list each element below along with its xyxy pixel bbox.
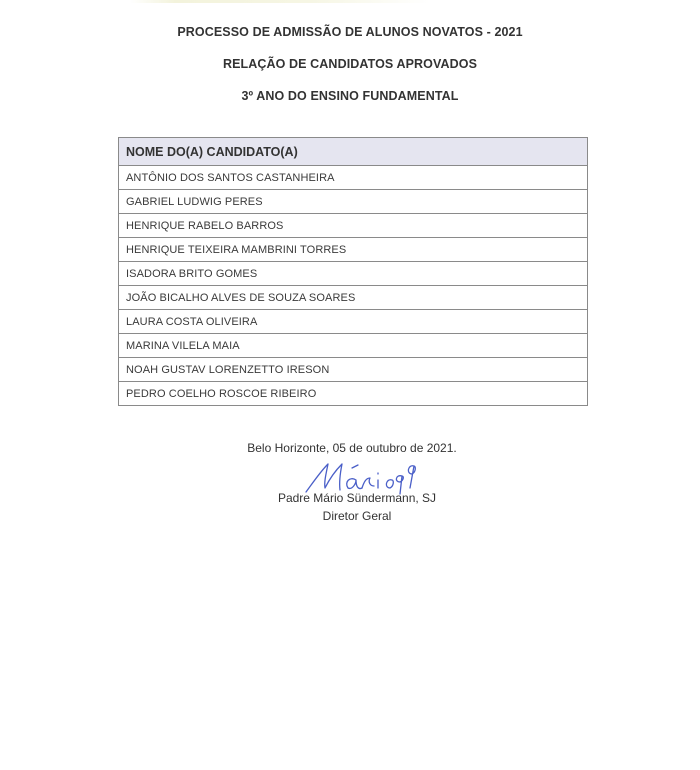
table-row: JOÃO BICALHO ALVES DE SOUZA SOARES (119, 286, 587, 310)
table-row: PEDRO COELHO ROSCOE RIBEIRO (119, 382, 587, 405)
grade-heading: 3º ANO DO ENSINO FUNDAMENTAL (0, 89, 700, 103)
approved-candidates-table: NOME DO(A) CANDIDATO(A) ANTÔNIO DOS SANT… (118, 137, 588, 406)
table-row: NOAH GUSTAV LORENZETTO IRESON (119, 358, 587, 382)
signer-role: Diretor Geral (0, 509, 700, 523)
table-row: ANTÔNIO DOS SANTOS CASTANHEIRA (119, 166, 587, 190)
table-row: HENRIQUE RABELO BARROS (119, 214, 587, 238)
table-row: ISADORA BRITO GOMES (119, 262, 587, 286)
table-body: ANTÔNIO DOS SANTOS CASTANHEIRAGABRIEL LU… (119, 166, 587, 405)
place-date: Belo Horizonte, 05 de outubro de 2021. (0, 441, 700, 455)
header-logo-remnant (130, 0, 430, 3)
table-row: LAURA COSTA OLIVEIRA (119, 310, 587, 334)
document-title: PROCESSO DE ADMISSÃO DE ALUNOS NOVATOS -… (0, 25, 700, 39)
table-header: NOME DO(A) CANDIDATO(A) (119, 138, 587, 166)
table-row: MARINA VILELA MAIA (119, 334, 587, 358)
table-row: HENRIQUE TEIXEIRA MAMBRINI TORRES (119, 238, 587, 262)
document-subtitle: RELAÇÃO DE CANDIDATOS APROVADOS (0, 57, 700, 71)
table-row: GABRIEL LUDWIG PERES (119, 190, 587, 214)
signer-name: Padre Mário Sündermann, SJ (0, 491, 700, 505)
